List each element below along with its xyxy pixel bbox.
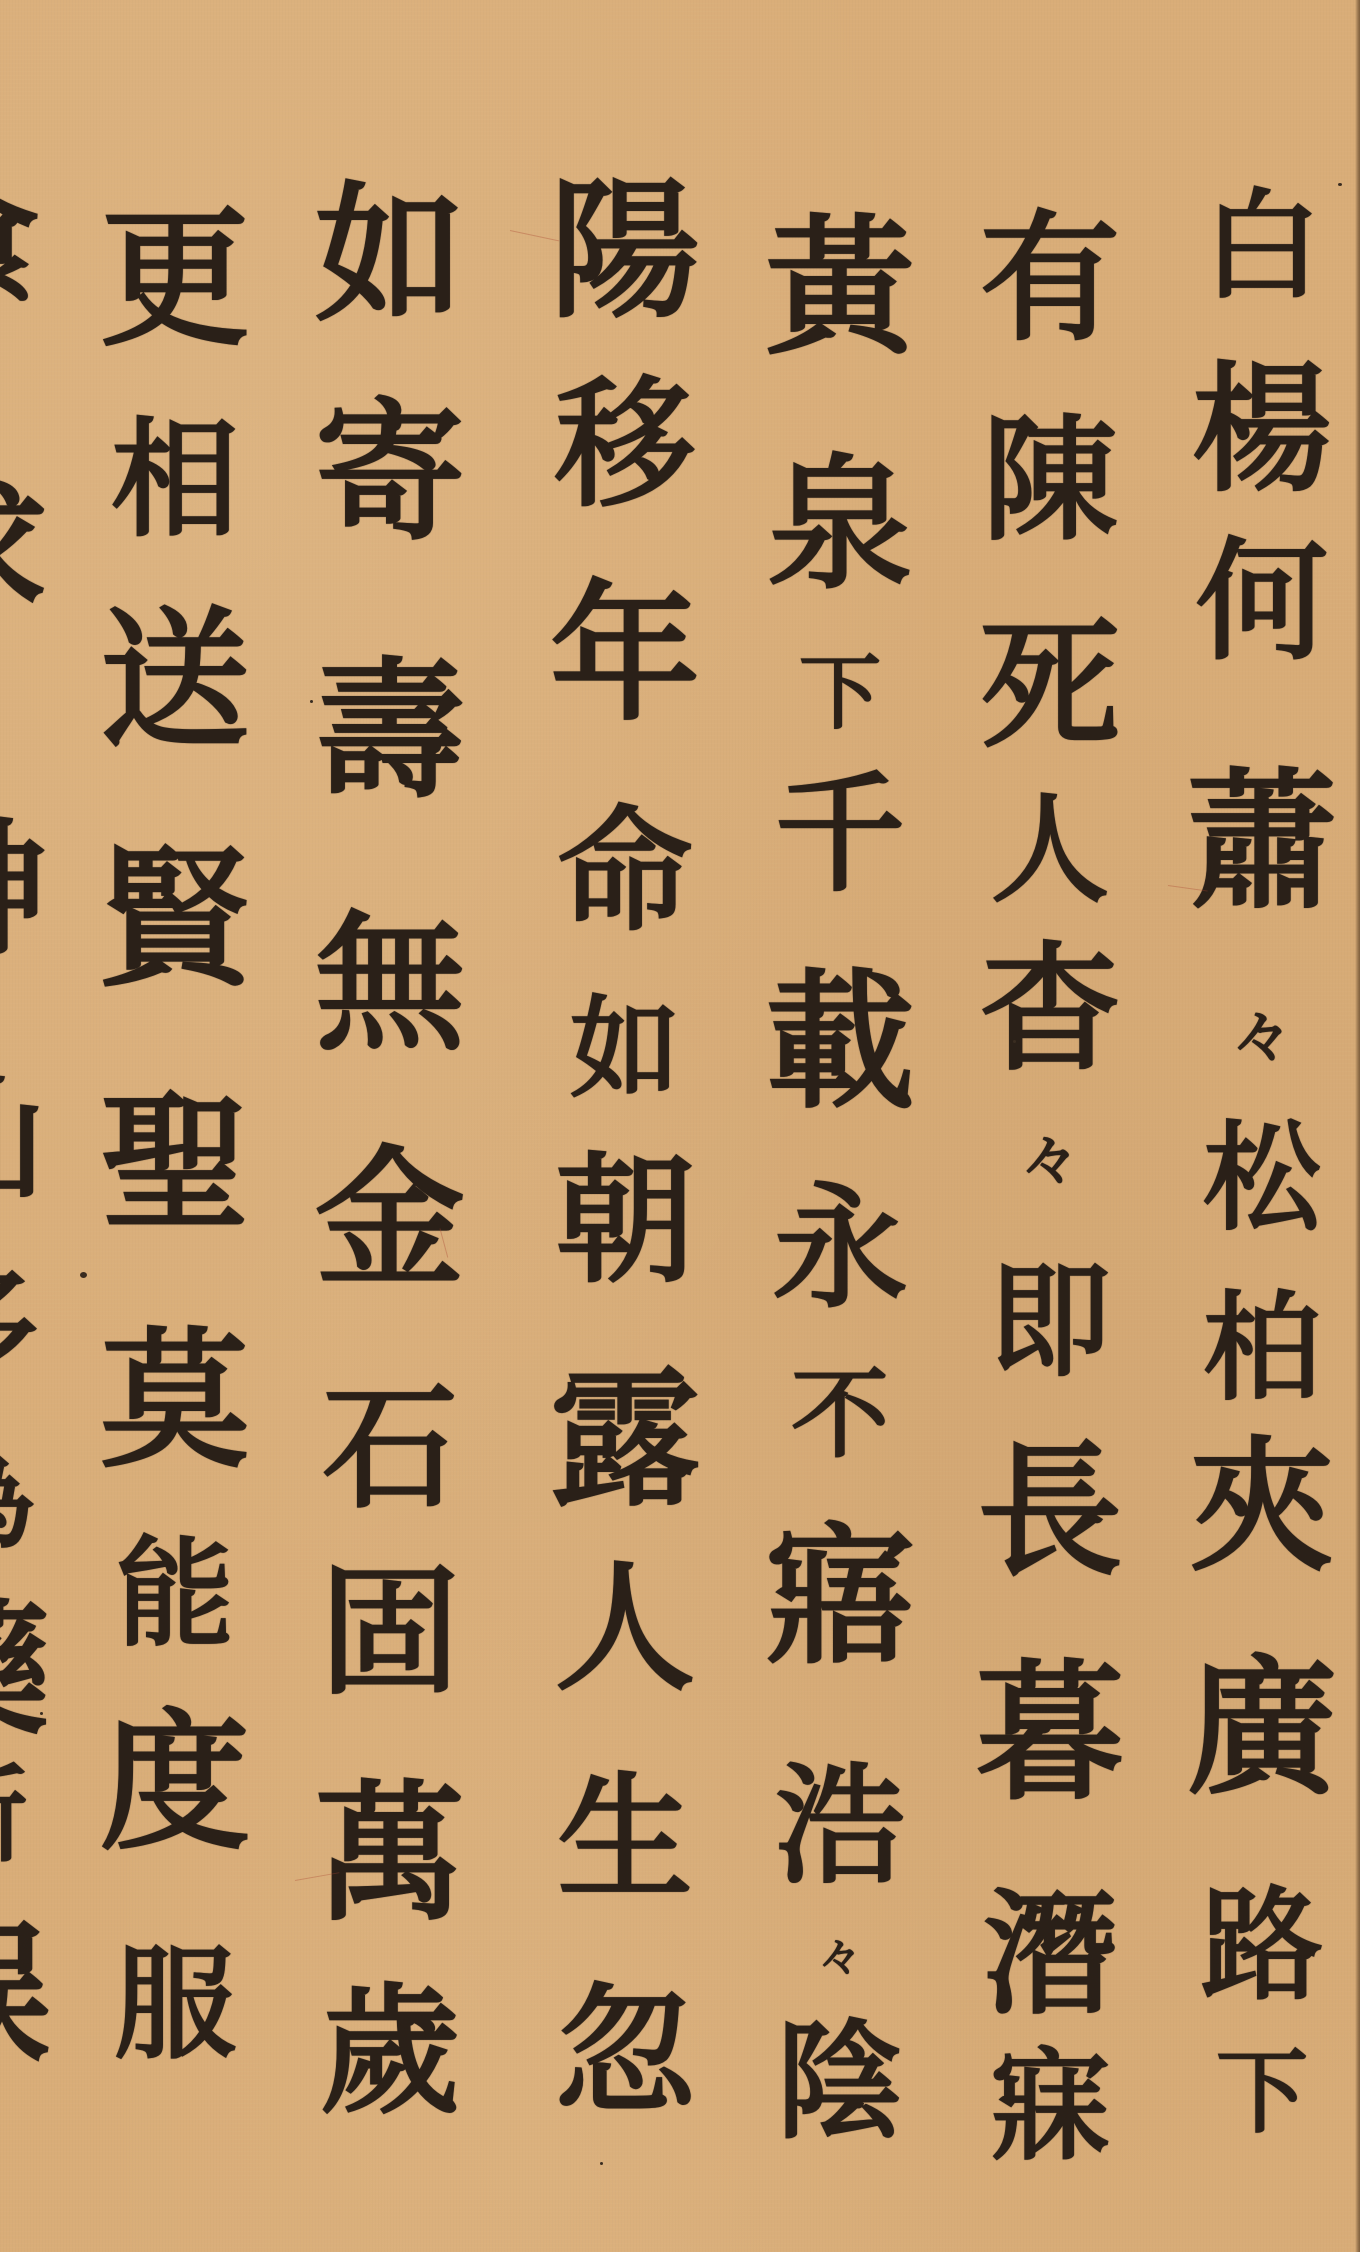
- calligraphy-char: 千: [750, 760, 930, 908]
- calligraphy-char: 陳: [960, 397, 1140, 562]
- calligraphy-char: 陰: [750, 2009, 930, 2154]
- calligraphy-char: 生: [535, 1756, 715, 1919]
- calligraphy-char: 忽: [535, 1966, 715, 2137]
- calligraphy-char: 為: [0, 1430, 65, 1560]
- calligraphy-char: 廣: [1172, 1606, 1352, 1850]
- text-column-6: 更 相 送 賢 聖 莫 能 度 服: [85, 0, 265, 2252]
- calligraphy-char: 路: [1172, 1876, 1352, 2013]
- repeat-mark: 々: [1172, 1000, 1352, 1073]
- calligraphy-char: 載: [750, 938, 930, 1146]
- calligraphy-char: 如: [535, 991, 715, 1107]
- calligraphy-char: 所: [0, 1760, 65, 1870]
- calligraphy-char: 莫: [85, 1292, 265, 1510]
- calligraphy-char: 泉: [750, 430, 930, 620]
- calligraphy-char: 陽: [535, 149, 715, 353]
- calligraphy-char: 夾: [1172, 1413, 1352, 1601]
- calligraphy-char: 黃: [750, 159, 930, 416]
- calligraphy-char: 白: [1172, 178, 1352, 314]
- calligraphy-char: 萬: [300, 1751, 480, 1957]
- calligraphy-char: 死: [960, 596, 1140, 775]
- calligraphy-char: 暮: [960, 1621, 1140, 1845]
- calligraphy-char: 神: [0, 800, 65, 980]
- calligraphy-char: 寤: [750, 1485, 930, 1709]
- calligraphy-char: 求: [0, 420, 65, 680]
- paper-speck: [600, 2162, 603, 2165]
- calligraphy-char: 松: [1172, 1112, 1352, 1243]
- calligraphy-char: 下: [750, 649, 930, 736]
- calligraphy-char: 何: [1172, 522, 1352, 682]
- calligraphy-char: 永: [750, 1165, 930, 1330]
- text-column-4: 陽 移 年 命 如 朝 露 人 生 忽: [535, 0, 715, 2252]
- calligraphy-char: 寄: [300, 368, 480, 577]
- calligraphy-char: 歲: [300, 1966, 480, 2137]
- calligraphy-char: 潛: [960, 1870, 1140, 2037]
- repeat-mark: 々: [750, 1936, 930, 1979]
- calligraphy-char: 度: [85, 1668, 265, 1898]
- calligraphy-char: 有: [960, 189, 1140, 368]
- text-column-1: 白 楊 何 蕭 々 松 柏 夾 廣 路 下: [1172, 0, 1352, 2252]
- calligraphy-char: 送: [85, 577, 265, 783]
- paper-speck: [1338, 183, 1342, 186]
- calligraphy-char: 寐: [960, 2040, 1140, 2174]
- text-column-7-partial: 食 求 神 仙 多 為 藥 所 誤: [0, 0, 65, 2252]
- calligraphy-char: 服: [85, 1936, 265, 2071]
- calligraphy-char: 仙: [0, 1060, 65, 1220]
- paper-speck: [80, 1272, 87, 1278]
- calligraphy-char: 藥: [0, 1565, 65, 1780]
- calligraphy-char: 命: [535, 789, 715, 952]
- calligraphy-char: 更: [85, 179, 265, 378]
- calligraphy-char: 楊: [1172, 338, 1352, 522]
- calligraphy-char: 露: [535, 1340, 715, 1539]
- calligraphy-char: 食: [0, 170, 65, 320]
- calligraphy-char: 人: [960, 790, 1140, 910]
- calligraphy-char: 移: [535, 358, 715, 532]
- calligraphy-sheet: 白 楊 何 蕭 々 松 柏 夾 廣 路 下 有 陳 死 人 杳 々 即 長 暮 …: [0, 0, 1360, 2252]
- calligraphy-char: 壽: [300, 601, 480, 860]
- calligraphy-char: 固: [300, 1549, 480, 1717]
- paper-speck: [310, 700, 313, 703]
- paper-speck: [1013, 1040, 1016, 1043]
- calligraphy-char: 人: [535, 1545, 715, 1713]
- calligraphy-char: 無: [300, 880, 480, 1088]
- calligraphy-char: 金: [300, 1098, 480, 1340]
- calligraphy-char: 年: [535, 552, 715, 755]
- paper-speck: [40, 1712, 43, 1715]
- calligraphy-char: 多: [0, 1250, 65, 1400]
- calligraphy-char: 長: [960, 1418, 1140, 1607]
- calligraphy-char: 蕭: [1172, 716, 1352, 967]
- calligraphy-char: 相: [85, 407, 265, 552]
- calligraphy-char: 如: [300, 160, 480, 350]
- sheet-right-edge: [1355, 0, 1360, 2252]
- text-column-3: 黃 泉 下 千 載 永 不 寤 浩 々 陰: [750, 0, 930, 2252]
- text-column-5: 如 寄 壽 無 金 石 固 萬 歲: [300, 0, 480, 2252]
- calligraphy-char: 浩: [750, 1751, 930, 1901]
- calligraphy-char: 柏: [1172, 1282, 1352, 1413]
- repeat-mark: 々: [960, 1127, 1140, 1195]
- calligraphy-char: 石: [300, 1365, 480, 1530]
- calligraphy-char: 杳: [960, 924, 1140, 1093]
- text-column-2: 有 陳 死 人 杳 々 即 長 暮 潛 寐: [960, 0, 1140, 2252]
- calligraphy-char: 能: [85, 1529, 265, 1658]
- calligraphy-char: 下: [1172, 2043, 1352, 2141]
- calligraphy-char: 誤: [0, 1874, 65, 2114]
- calligraphy-char: 聖: [85, 1050, 265, 1277]
- calligraphy-char: 賢: [85, 820, 265, 1020]
- calligraphy-char: 不: [750, 1364, 930, 1466]
- calligraphy-char: 即: [960, 1253, 1140, 1389]
- calligraphy-char: 朝: [535, 1131, 715, 1311]
